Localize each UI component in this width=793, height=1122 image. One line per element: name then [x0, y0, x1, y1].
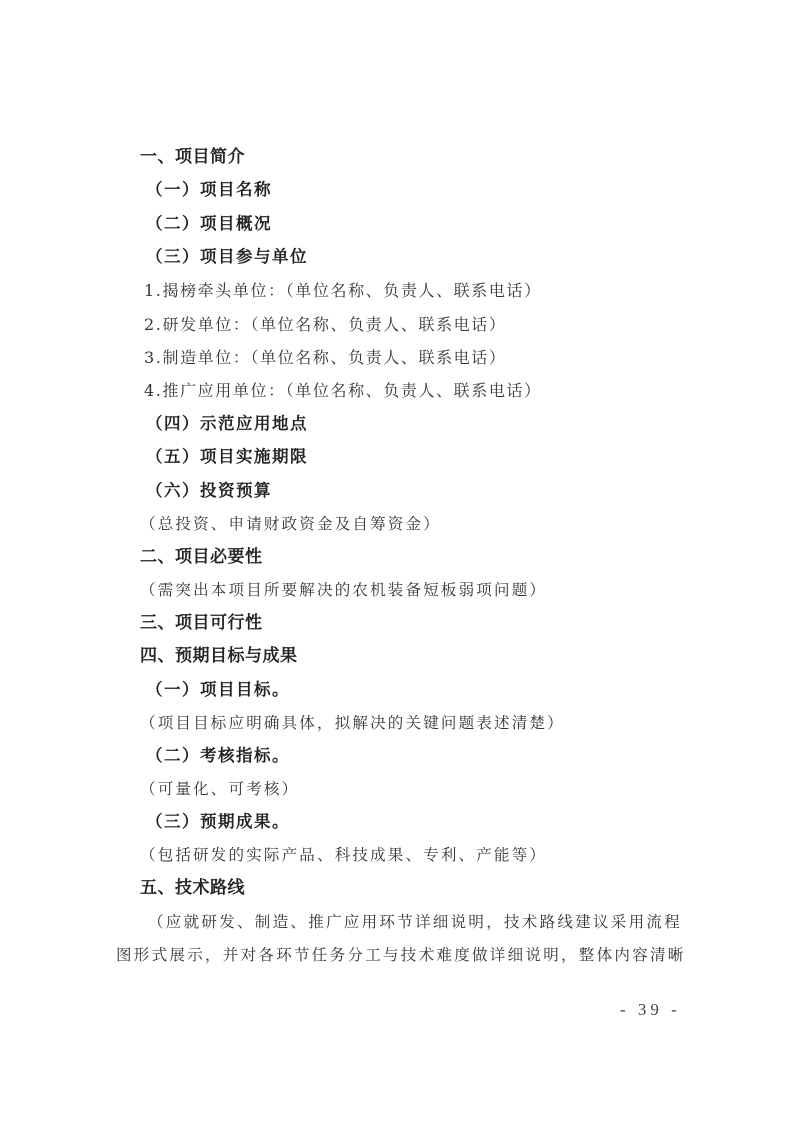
list-item: 3.制造单位：（单位名称、负责人、联系电话） [144, 347, 506, 369]
section-heading-1: 一、项目简介 [140, 146, 245, 168]
note-text: （项目目标应明确具体，拟解决的关键问题表述清楚） [140, 712, 565, 734]
note-text: （可量化、可考核） [140, 778, 299, 800]
note-text: （需突出本项目所要解决的农机装备短板弱项问题） [140, 579, 547, 601]
section-heading-3: 三、项目可行性 [140, 612, 263, 634]
note-text: （包括研发的实际产品、科技成果、专利、产能等） [140, 844, 547, 866]
page-number: - 39 - [620, 1000, 681, 1020]
section-heading-2: 二、项目必要性 [140, 546, 263, 568]
paragraph-line: 图形式展示，并对各环节任务分工与技术难度做详细说明，整体内容清晰 [116, 944, 686, 966]
document-page: 一、项目简介 （一）项目名称 （二）项目概况 （三）项目参与单位 1.揭榜牵头单… [0, 0, 793, 1122]
subsection-heading: （五）项目实施期限 [146, 446, 308, 468]
subsection-heading: （一）项目名称 [146, 179, 272, 201]
subsection-heading: （二）项目概况 [146, 213, 272, 235]
paragraph-line: （应就研发、制造、推广应用环节详细说明，技术路线建议采用流程 [148, 911, 682, 933]
subsection-heading: （四）示范应用地点 [146, 413, 308, 435]
list-item: 1.揭榜牵头单位：（单位名称、负责人、联系电话） [144, 280, 542, 302]
note-text: （总投资、申请财政资金及自筹资金） [140, 513, 441, 535]
subsection-heading: （三）项目参与单位 [146, 246, 308, 268]
list-item: 4.推广应用单位：（单位名称、负责人、联系电话） [144, 380, 542, 402]
section-heading-5: 五、技术路线 [140, 877, 245, 899]
subsection-heading: （二）考核指标。 [146, 745, 290, 767]
section-heading-4: 四、预期目标与成果 [140, 645, 298, 667]
list-item: 2.研发单位：（单位名称、负责人、联系电话） [144, 314, 506, 336]
subsection-heading: （三）预期成果。 [146, 811, 290, 833]
subsection-heading: （一）项目目标。 [146, 679, 290, 701]
subsection-heading: （六）投资预算 [146, 480, 272, 502]
